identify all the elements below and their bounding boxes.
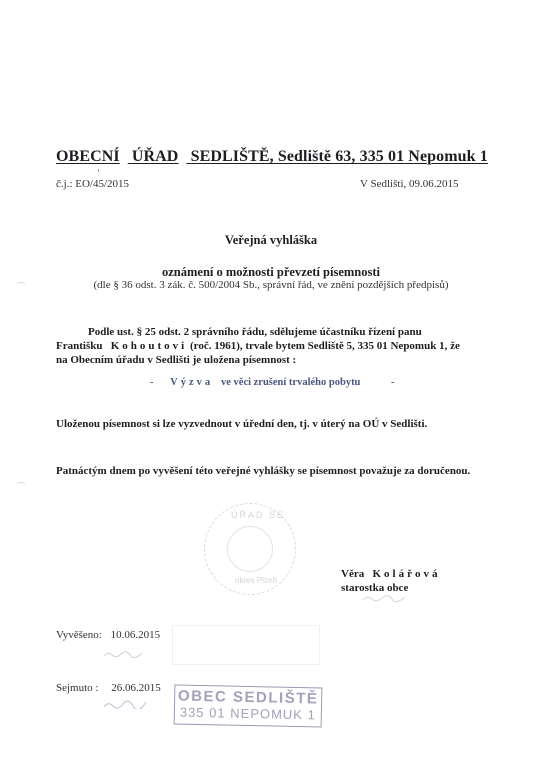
header-office-word: OBECNÍ: [56, 148, 120, 165]
paragraph-line: (roč. 1961), trvale bytem Sedliště 5, 33…: [190, 340, 460, 352]
posted-date-row: Vyvěšeno: 10.06.2015: [56, 629, 160, 641]
pickup-info: Uloženou písemnost si lze vyzvednout v ú…: [56, 418, 427, 430]
coat-of-arms-icon: [227, 526, 273, 572]
seal-top-text: ÚŘAD SE: [231, 510, 285, 520]
signatory-first-name: Věra: [341, 568, 364, 580]
seal-bottom-text: okres Plzeň: [235, 576, 277, 585]
document-subtitle: oznámení o možnosti převzetí písemnosti: [0, 265, 542, 280]
scan-mark: [98, 169, 99, 172]
reference-number: č.j.: EO/45/2015: [56, 178, 129, 190]
notice-paragraph: Podle ust. § 25 odst. 2 správního řádu, …: [56, 325, 460, 367]
signature-icon: [362, 594, 406, 602]
paragraph-line: Podle ust. § 25 odst. 2 správního řádu, …: [88, 326, 422, 338]
posted-label: Vyvěšeno:: [56, 629, 102, 641]
legal-basis: (dle § 36 odst. 3 zák. č. 500/2004 Sb., …: [0, 279, 542, 291]
document-subject: ve věci zrušení trvalého pobytu: [221, 377, 360, 388]
list-dash: -: [150, 377, 154, 388]
removed-label: Sejmuto :: [56, 682, 98, 694]
recipient-surname: Kohoutovi: [111, 340, 188, 352]
signature-icon: [103, 700, 147, 709]
signatory-surname: Kolářová: [372, 568, 440, 580]
stamp-line-2: 335 01 NEPOMUK 1: [175, 704, 321, 723]
delivery-info: Patnáctým dnem po vyvěšení této veřejné …: [56, 465, 470, 477]
municipality-stamp: OBEC SEDLIŠTĚ 335 01 NEPOMUK 1: [174, 684, 323, 727]
signature-icon: [103, 650, 143, 658]
recipient-first-name: Františku: [56, 340, 102, 352]
header-address: Sedliště 63, 335 01 Nepomuk 1: [278, 148, 488, 165]
posted-date: 10.06.2015: [111, 629, 161, 641]
deposited-document: - Výzva ve věci zrušení trvalého pobytu …: [150, 377, 395, 388]
place-and-date: V Sedlišti, 09.06.2015: [360, 178, 459, 190]
office-header: OBECNÍ ÚŘAD SEDLIŠTĚ, Sedliště 63, 335 0…: [56, 148, 488, 166]
removed-date: 26.06.2015: [111, 682, 161, 694]
official-round-seal: ÚŘAD SE okres Plzeň: [204, 503, 296, 595]
punch-hole-mark: [16, 482, 26, 488]
header-office-word: SEDLIŠTĚ,: [191, 148, 274, 165]
faint-stamp-outline: [172, 625, 320, 665]
signatory-block: Věra Kolářová starostka obce: [341, 567, 440, 595]
header-office-word: ÚŘAD: [132, 148, 179, 165]
removed-date-row: Sejmuto : 26.06.2015: [56, 682, 161, 694]
document-title: Veřejná vyhláška: [0, 233, 542, 248]
paragraph-line: na Obecním úřadu v Sedlišti je uložena p…: [56, 354, 296, 366]
list-dash: -: [391, 377, 395, 388]
document-type: Výzva: [170, 377, 213, 388]
signatory-role: starostka obce: [341, 581, 440, 595]
